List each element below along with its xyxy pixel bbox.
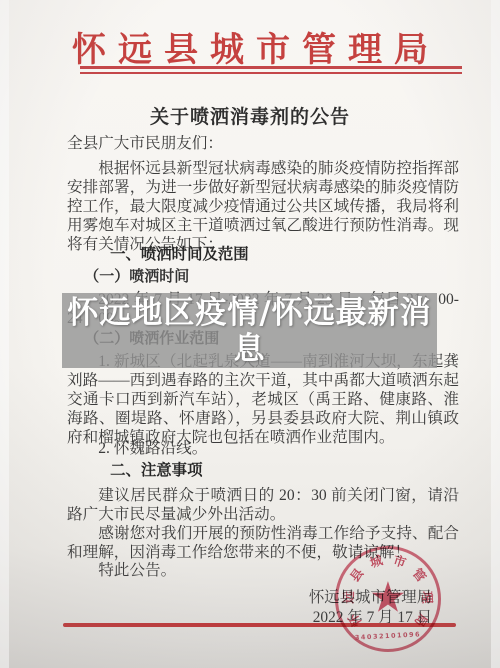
photo-left-edge xyxy=(0,0,9,668)
official-stamp-seal: 怀远县城市管理局 ★ 34032101096 xyxy=(335,546,441,652)
section1-heading: 一、喷洒时间及范围 xyxy=(67,245,459,264)
star-icon: ★ xyxy=(369,573,407,622)
notice-paragraph-1: 建议居民群众于喷洒日的 20：30 前关闭门窗，请沿路广大市民尽量减少外出活动。 xyxy=(67,486,459,524)
document-photo: 怀远县城市管理局 关于喷洒消毒剂的公告 全县广大市民朋友们： 根据怀远县新型冠状… xyxy=(0,0,500,668)
agency-title: 怀远县城市管理局 xyxy=(0,22,500,71)
spray-time-heading: （一）喷洒时间 xyxy=(67,268,459,287)
spray-area-item-2: 2. 怀魏路沿线。 xyxy=(67,439,459,458)
section2-heading: 二、注意事项 xyxy=(67,461,459,480)
document-title: 关于喷洒消毒剂的公告 xyxy=(0,102,500,129)
caption-text: 怀远地区疫情/怀远最新消息 xyxy=(62,295,437,367)
intro-paragraph: 根据怀远县新型冠状病毒感染的肺炎疫情防控指挥部安排部署，为进一步做好新型冠状病毒… xyxy=(67,159,459,254)
salutation: 全县广大市民朋友们： xyxy=(67,134,459,153)
caption-overlay: 怀远地区疫情/怀远最新消息 xyxy=(62,293,437,368)
photo-right-edge xyxy=(491,0,500,668)
header-rule xyxy=(80,66,462,74)
